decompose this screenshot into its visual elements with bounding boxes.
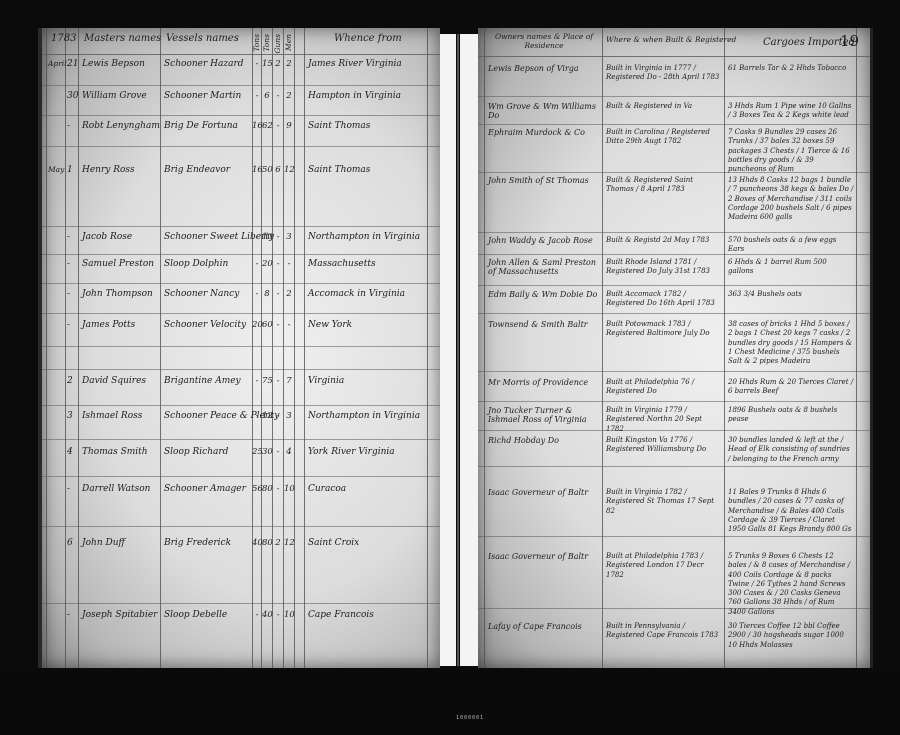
tons-a: -: [252, 611, 262, 620]
men-cell: 12: [284, 539, 294, 548]
tons-b: 75: [262, 377, 272, 386]
men-cell: 9: [284, 122, 294, 131]
tons-b: 62: [262, 122, 272, 131]
owner-residence: Isaac Governeur of Baltr: [488, 552, 600, 561]
vessel-name: Brig Endeavor: [164, 166, 230, 175]
day-cell: -: [67, 233, 70, 242]
guns-cell: -: [273, 290, 283, 299]
day-cell: -: [67, 611, 70, 620]
vessel-name: Schooner Amager: [164, 485, 246, 494]
built-registered: Built in Virginia 1782 / Registered St T…: [606, 488, 722, 516]
cargo-imported: 61 Barrels Tar & 2 Hhds Tobacco: [728, 64, 854, 73]
month-cell: May: [48, 166, 64, 174]
page-number: 19: [840, 34, 859, 49]
cargo-imported: 5 Trunks 9 Boxes 6 Chests 12 bales / & 8…: [728, 552, 854, 617]
day-cell: 4: [67, 448, 73, 457]
owner-residence: John Allen & Saml Preston of Massachuset…: [488, 258, 600, 277]
master-name: Ishmael Ross: [82, 412, 142, 421]
whence-header: Whence from: [334, 34, 402, 44]
tons-b: 40: [262, 611, 272, 620]
owner-residence: Jno Tucker Turner & Ishmael Ross of Virg…: [488, 406, 600, 425]
owner-residence: John Waddy & Jacob Rose: [488, 236, 600, 245]
day-cell: 1: [67, 166, 73, 175]
scan-background: [0, 668, 900, 735]
whence-from: Curacoa: [308, 485, 346, 494]
right-ledger-page: Owners names & Place of Residence Where …: [478, 28, 873, 668]
day-cell: -: [67, 321, 70, 330]
owner-residence: John Smith of St Thomas: [488, 176, 600, 185]
tons-a: -: [252, 233, 262, 242]
built-registered: Built in Pennsylvania / Registered Cape …: [606, 622, 722, 641]
cargo-imported: 11 Bales 9 Trunks 8 Hhds 6 bundles / 20 …: [728, 488, 854, 534]
whence-from: Massachusetts: [308, 260, 376, 269]
tons-b: 50: [262, 166, 272, 175]
guns-cell: -: [273, 448, 283, 457]
master-name: Darrell Watson: [82, 485, 150, 494]
built-registered: Built at Philadelphia 76 / Registered Do: [606, 378, 722, 397]
masters-header: Masters names: [84, 34, 161, 44]
left-ledger-page: 1783 Masters names Vessels names Tons To…: [38, 28, 440, 668]
owner-residence: Richd Hobday Do: [488, 436, 600, 445]
day-cell: -: [67, 290, 70, 299]
tons-b: 6: [262, 92, 272, 101]
whence-from: York River Virginia: [308, 448, 395, 457]
cargo-imported: 1896 Bushels oats & 8 bushels pease: [728, 406, 854, 425]
master-name: Jacob Rose: [82, 233, 132, 242]
master-name: Thomas Smith: [82, 448, 148, 457]
tons-b: 10: [262, 233, 272, 242]
vessel-name: Sloop Dolphin: [164, 260, 228, 269]
owner-residence: Townsend & Smith Baltr: [488, 320, 600, 329]
day-cell: -: [67, 485, 70, 494]
men-cell: 2: [284, 92, 294, 101]
master-name: John Thompson: [82, 290, 153, 299]
col-d-header: Men: [285, 34, 293, 51]
day-cell: 2: [67, 377, 73, 386]
tons-b: 30: [262, 448, 272, 457]
guns-cell: -: [273, 122, 283, 131]
built-registered: Built Potowmack 1783 / Registered Baltim…: [606, 320, 722, 339]
men-cell: -: [284, 321, 294, 330]
whence-from: Saint Croix: [308, 539, 359, 548]
whence-from: New York: [308, 321, 352, 330]
owner-residence: Lewis Bepson of Virga: [488, 64, 600, 73]
cargo-imported: 30 bundles landed & left at the / Head o…: [728, 436, 854, 464]
master-name: Henry Ross: [82, 166, 135, 175]
tons-a: -: [252, 290, 262, 299]
guns-cell: 2: [273, 539, 283, 548]
cargo-imported: 3 Hhds Rum 1 Pipe wine 10 Gallns / 3 Box…: [728, 102, 854, 121]
cargo-imported: 30 Tierces Coffee 12 bbl Coffee 2900 / 3…: [728, 622, 854, 650]
col-c-header: Guns: [274, 34, 282, 54]
col-b-header: Tons: [263, 34, 271, 52]
whence-from: Saint Thomas: [308, 166, 370, 175]
tons-a: 25: [252, 448, 262, 457]
whence-from: Accomack in Virginia: [308, 290, 405, 299]
men-cell: 2: [284, 60, 294, 69]
cargo-imported: 570 bushels oats & a few eggs Ears: [728, 236, 854, 255]
tons-a: 56: [252, 485, 262, 494]
tons-b: 80: [262, 539, 272, 548]
tons-a: -: [252, 412, 262, 421]
tons-a: -: [252, 260, 262, 269]
vessels-header: Vessels names: [166, 34, 239, 44]
master-name: Robt Lenyngham: [82, 122, 160, 131]
cargo-imported: 38 cases of bricks 1 Hhd 5 boxes / 2 bag…: [728, 320, 854, 366]
tons-a: 40: [252, 539, 262, 548]
built-registered: Built Rhode Island 1781 / Registered Do …: [606, 258, 722, 277]
owner-residence: Wm Grove & Wm Williams Do: [488, 102, 600, 121]
vessel-name: Schooner Hazard: [164, 60, 244, 69]
tons-b: 15: [262, 60, 272, 69]
master-name: Samuel Preston: [82, 260, 154, 269]
built-registered: Built in Virginia in 1777 / Registered D…: [606, 64, 722, 83]
built-registered: Built in Virginia 1779 / Registered Nort…: [606, 406, 722, 434]
owner-residence: Ephraim Murdock & Co: [488, 128, 600, 137]
month-cell: April: [48, 60, 67, 68]
built-registered: Built & Registd 2d May 1783: [606, 236, 722, 245]
owners-header: Owners names & Place of Residence: [490, 32, 598, 50]
owner-residence: Edm Baily & Wm Dobie Do: [488, 290, 600, 299]
whence-from: Northampton in Virginia: [308, 233, 420, 242]
vessel-name: Schooner Martin: [164, 92, 241, 101]
built-registered: Built Kingston Va 1776 / Registered Will…: [606, 436, 722, 455]
tons-b: 12: [262, 412, 272, 421]
tons-a: 20: [252, 321, 262, 330]
guns-cell: -: [273, 321, 283, 330]
cargo-imported: 6 Hhds & 1 barrel Rum 500 gallons: [728, 258, 854, 277]
guns-cell: -: [273, 485, 283, 494]
men-cell: 7: [284, 377, 294, 386]
master-name: Lewis Bepson: [82, 60, 145, 69]
day-cell: -: [67, 260, 70, 269]
tons-a: -: [252, 92, 262, 101]
vessel-name: Schooner Nancy: [164, 290, 239, 299]
guns-cell: 6: [273, 166, 283, 175]
tons-b: 60: [262, 321, 272, 330]
master-name: David Squires: [82, 377, 146, 386]
tons-b: 20: [262, 260, 272, 269]
men-cell: 12: [284, 166, 294, 175]
frame-label: 1000001: [456, 715, 484, 721]
men-cell: 2: [284, 290, 294, 299]
whence-from: Saint Thomas: [308, 122, 370, 131]
guns-cell: -: [273, 611, 283, 620]
master-name: William Grove: [82, 92, 147, 101]
vessel-name: Brig Frederick: [164, 539, 231, 548]
men-cell: 10: [284, 485, 294, 494]
tons-a: 16: [252, 166, 262, 175]
cargo-imported: 7 Casks 9 Bundles 29 cases 26 Trunks / 3…: [728, 128, 854, 174]
gutter-strip-right: [460, 34, 478, 666]
guns-cell: -: [273, 260, 283, 269]
whence-from: Virginia: [308, 377, 344, 386]
built-registered: Built in Carolina / Registered Ditto 29t…: [606, 128, 722, 147]
binding-line: [457, 34, 459, 666]
guns-cell: -: [273, 377, 283, 386]
tons-b: 8: [262, 290, 272, 299]
vessel-name: Sloop Debelle: [164, 611, 227, 620]
whence-from: Northampton in Virginia: [308, 412, 420, 421]
day-cell: 30: [67, 92, 78, 101]
cargo-imported: 13 Hhds 8 Casks 12 bags 1 bundle / 7 pun…: [728, 176, 854, 222]
day-cell: 3: [67, 412, 73, 421]
tons-a: 16: [252, 122, 262, 131]
vessel-name: Brigantine Amey: [164, 377, 241, 386]
guns-cell: 2: [273, 60, 283, 69]
built-registered: Built Accomack 1782 / Registered Do 16th…: [606, 290, 722, 309]
year-header: 1783: [51, 34, 76, 44]
men-cell: -: [284, 260, 294, 269]
built-registered: Built & Registered Saint Thomas / 8 Apri…: [606, 176, 722, 195]
vessel-name: Schooner Velocity: [164, 321, 246, 330]
men-cell: 3: [284, 412, 294, 421]
men-cell: 10: [284, 611, 294, 620]
day-cell: 21: [67, 60, 78, 69]
built-header: Where & when Built & Registered: [606, 36, 736, 44]
whence-from: Cape Francois: [308, 611, 374, 620]
master-name: John Duff: [82, 539, 125, 548]
cargo-imported: 363 3/4 Bushels oats: [728, 290, 854, 299]
cargo-imported: 20 Hhds Rum & 20 Tierces Claret / 6 barr…: [728, 378, 854, 397]
guns-cell: -: [273, 92, 283, 101]
vessel-name: Sloop Richard: [164, 448, 228, 457]
whence-from: James River Virginia: [308, 60, 402, 69]
built-registered: Built & Registered in Va: [606, 102, 722, 111]
guns-cell: -: [273, 412, 283, 421]
tons-b: 80: [262, 485, 272, 494]
tons-a: -: [252, 60, 262, 69]
col-a-header: Tons: [253, 34, 261, 52]
men-cell: 4: [284, 448, 294, 457]
built-registered: Built at Philadelphia 1783 / Registered …: [606, 552, 722, 580]
whence-from: Hampton in Virginia: [308, 92, 401, 101]
owner-residence: Isaac Governeur of Baltr: [488, 488, 600, 497]
men-cell: 3: [284, 233, 294, 242]
tons-a: -: [252, 377, 262, 386]
master-name: Joseph Spitabier: [82, 611, 157, 620]
master-name: James Potts: [82, 321, 135, 330]
day-cell: -: [67, 122, 70, 131]
owner-residence: Lafay of Cape Francois: [488, 622, 600, 631]
guns-cell: -: [273, 233, 283, 242]
owner-residence: Mr Morris of Providence: [488, 378, 600, 387]
day-cell: 6: [67, 539, 73, 548]
vessel-name: Brig De Fortuna: [164, 122, 238, 131]
